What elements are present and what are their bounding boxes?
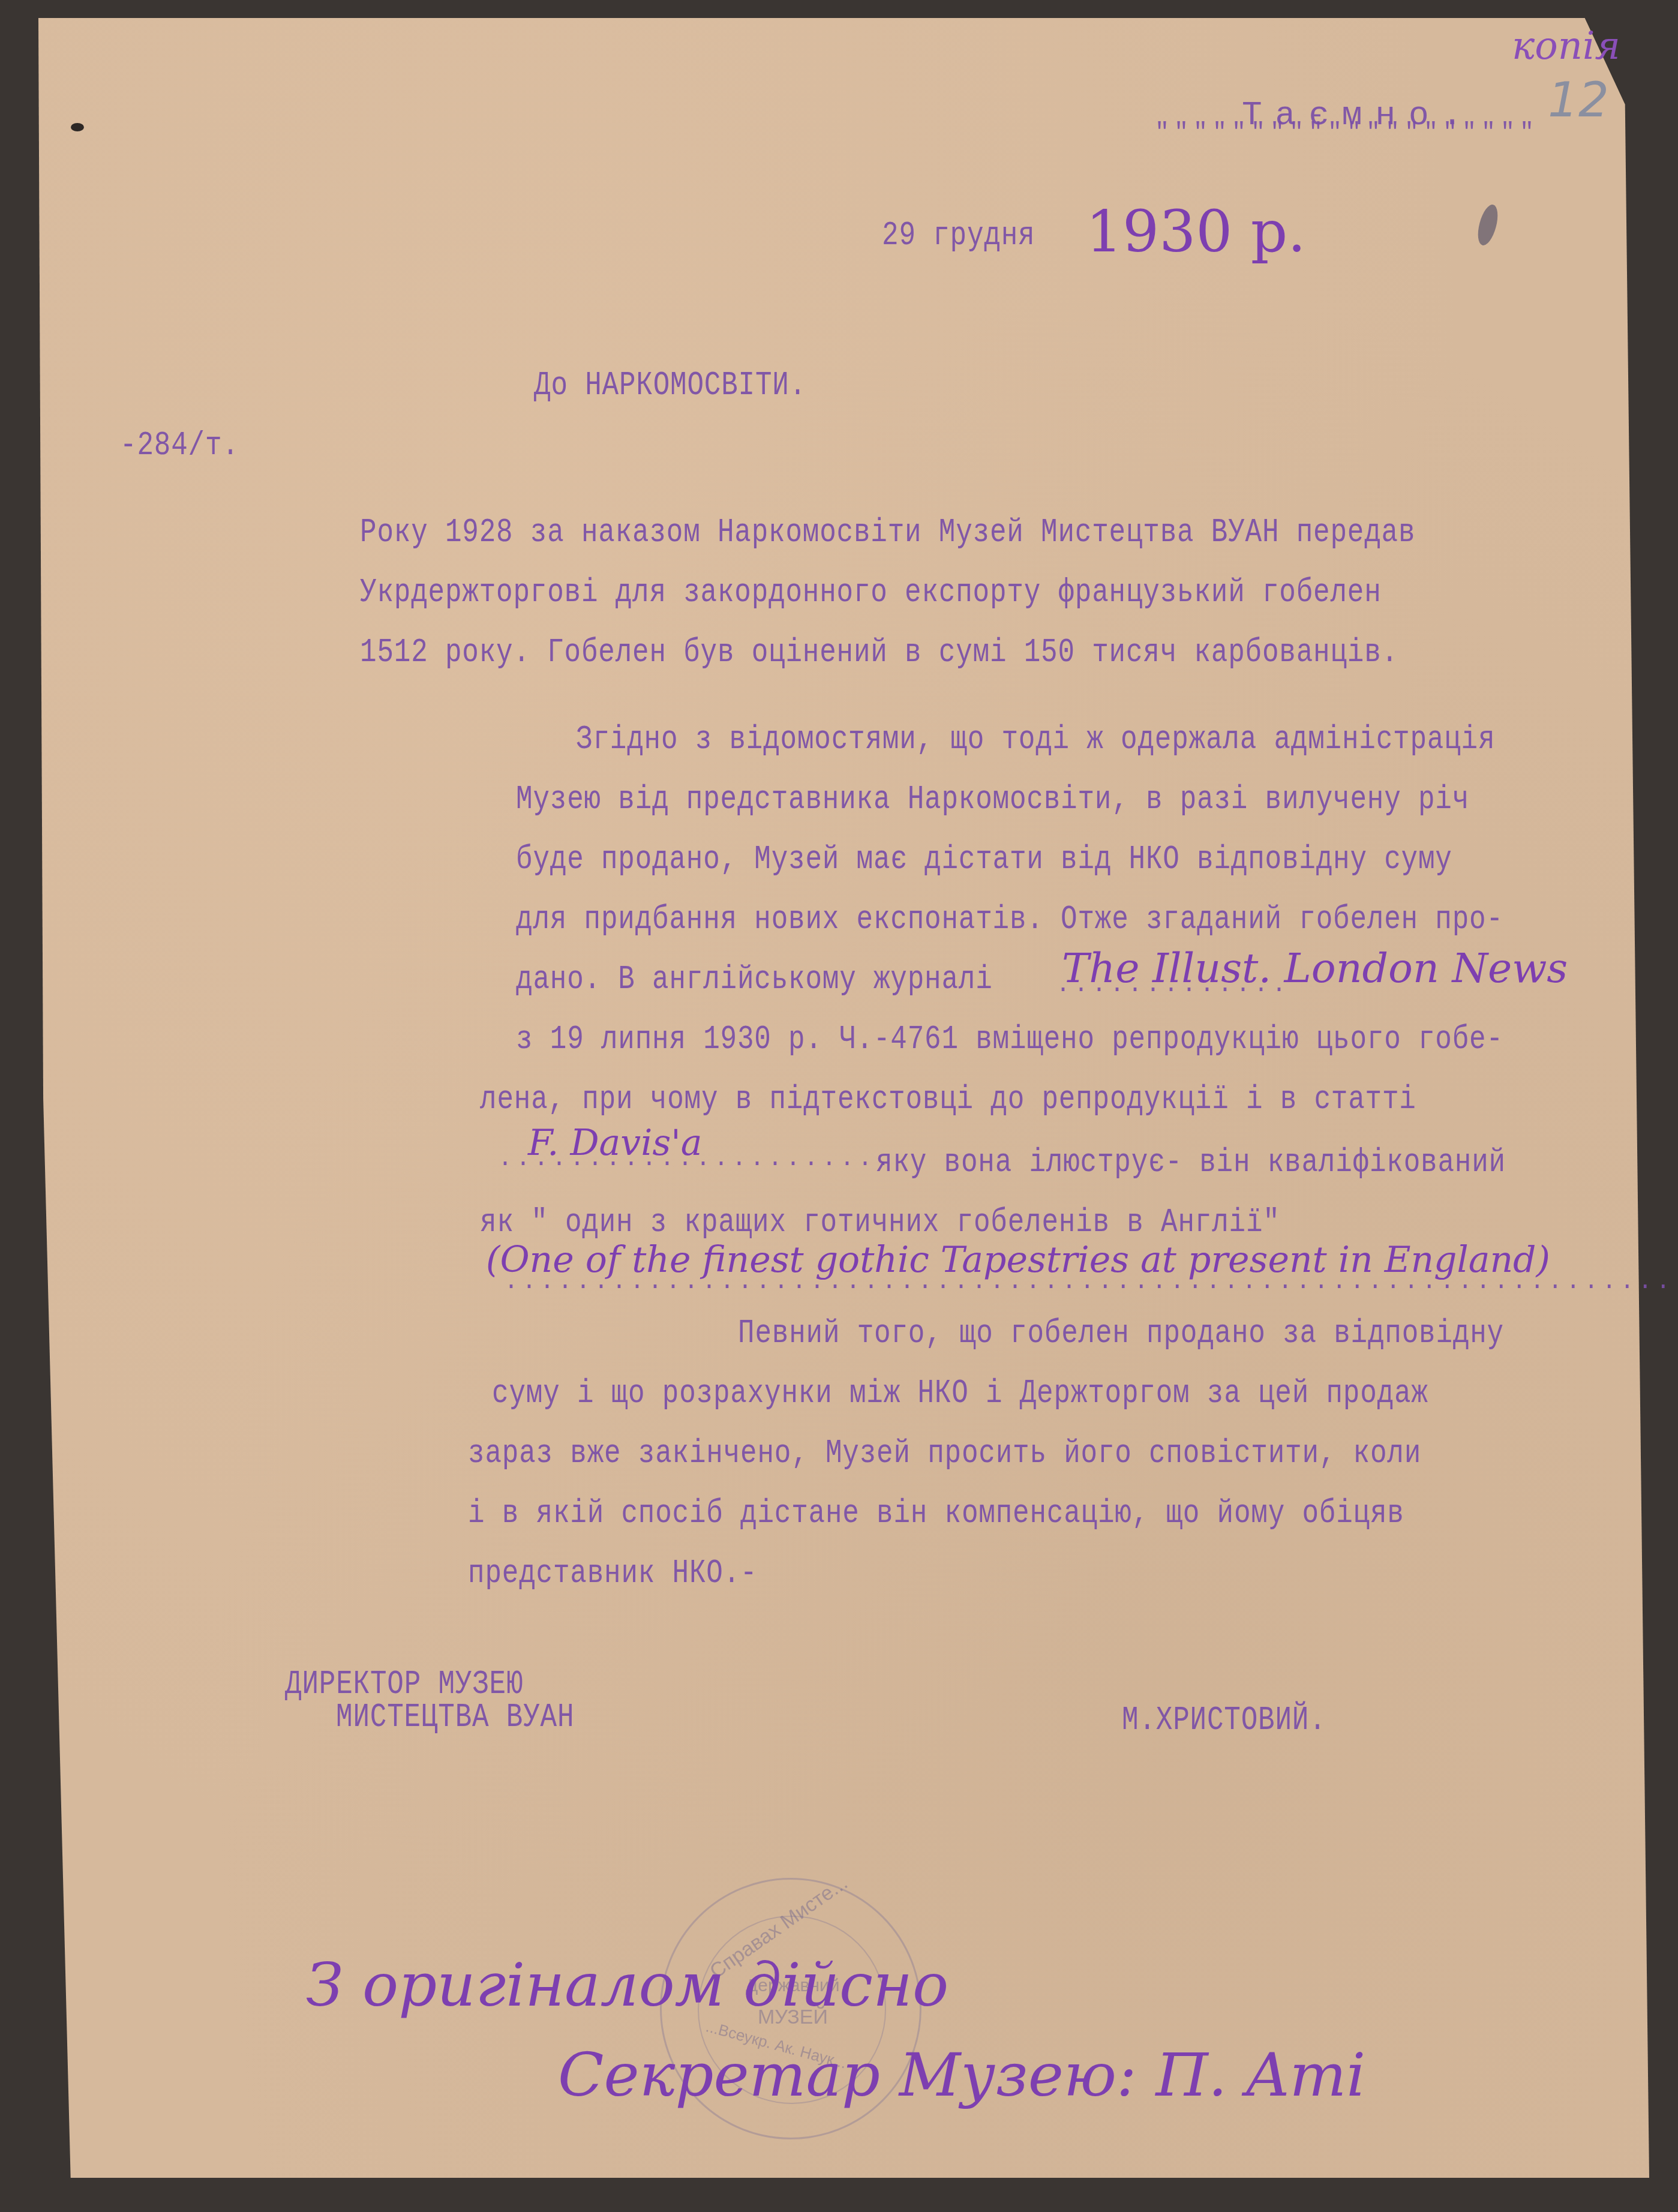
certification-line2-signature: Секретар Музею: П. Ami: [558, 2040, 1365, 2110]
body-line: суму і що розрахунки між НКО і Держторго…: [492, 1374, 1428, 1412]
signatory-name: М.ХРИСТОВИЙ.: [1122, 1701, 1326, 1739]
body-line: зараз вже закінчено, Музей просить його …: [468, 1434, 1421, 1472]
reference-number: -284/т.: [120, 426, 239, 464]
addressee: До НАРКОМОСВІТИ.: [534, 366, 806, 404]
body-line: представник НКО.-: [468, 1554, 757, 1592]
body-line: з 19 липня 1930 р. Ч.-4761 вміщено репро…: [516, 1020, 1503, 1058]
certification-line1: З оригіналом дійсно: [306, 1950, 948, 2020]
date-year-handwritten: 1930 р.: [1086, 198, 1306, 265]
body-line: Укрдержторгові для закордонного експорту…: [360, 573, 1382, 611]
body-line: для придбання нових експонатів. Отже зга…: [516, 900, 1503, 938]
signatory-title-line2: МИСТЕЦТВА ВУАН: [336, 1698, 574, 1736]
body-line: дано. В англійському журналі: [516, 960, 993, 998]
body-line: яку вона ілюструє- він кваліфікований: [876, 1143, 1506, 1181]
dotted-fill: .............: [1056, 972, 1290, 999]
date-typed: 29 грудня: [882, 216, 1035, 254]
body-line: буде продано, Музей має дістати від НКО …: [516, 840, 1452, 878]
body-line: Музею від представника Наркомосвіти, в р…: [516, 780, 1469, 818]
body-line: 1512 року. Гобелен був оцінений в сумі 1…: [360, 633, 1398, 671]
body-line: Року 1928 за наказом Наркомосвіти Музей …: [360, 513, 1415, 551]
body-line: і в якій спосіб дістане він компенсацію,…: [468, 1494, 1404, 1532]
page-number: 12: [1548, 72, 1609, 128]
classification-underline: """""""""""""""""""": [1155, 120, 1539, 147]
dotted-fill: ........................................…: [504, 1269, 1678, 1296]
body-line: Згідно з відомостями, що тоді ж одержала…: [576, 720, 1495, 758]
body-line: лена, при чому в підтекстовці до репроду…: [480, 1080, 1416, 1118]
body-line: як " один з кращих готичних гобеленів в …: [480, 1203, 1280, 1241]
copy-mark: копія: [1512, 24, 1620, 68]
body-line: Певний того, що гобелен продано за відпо…: [738, 1314, 1504, 1352]
punch-hole: [71, 123, 84, 131]
article-author-handwritten: F. Davis'a: [528, 1122, 702, 1164]
